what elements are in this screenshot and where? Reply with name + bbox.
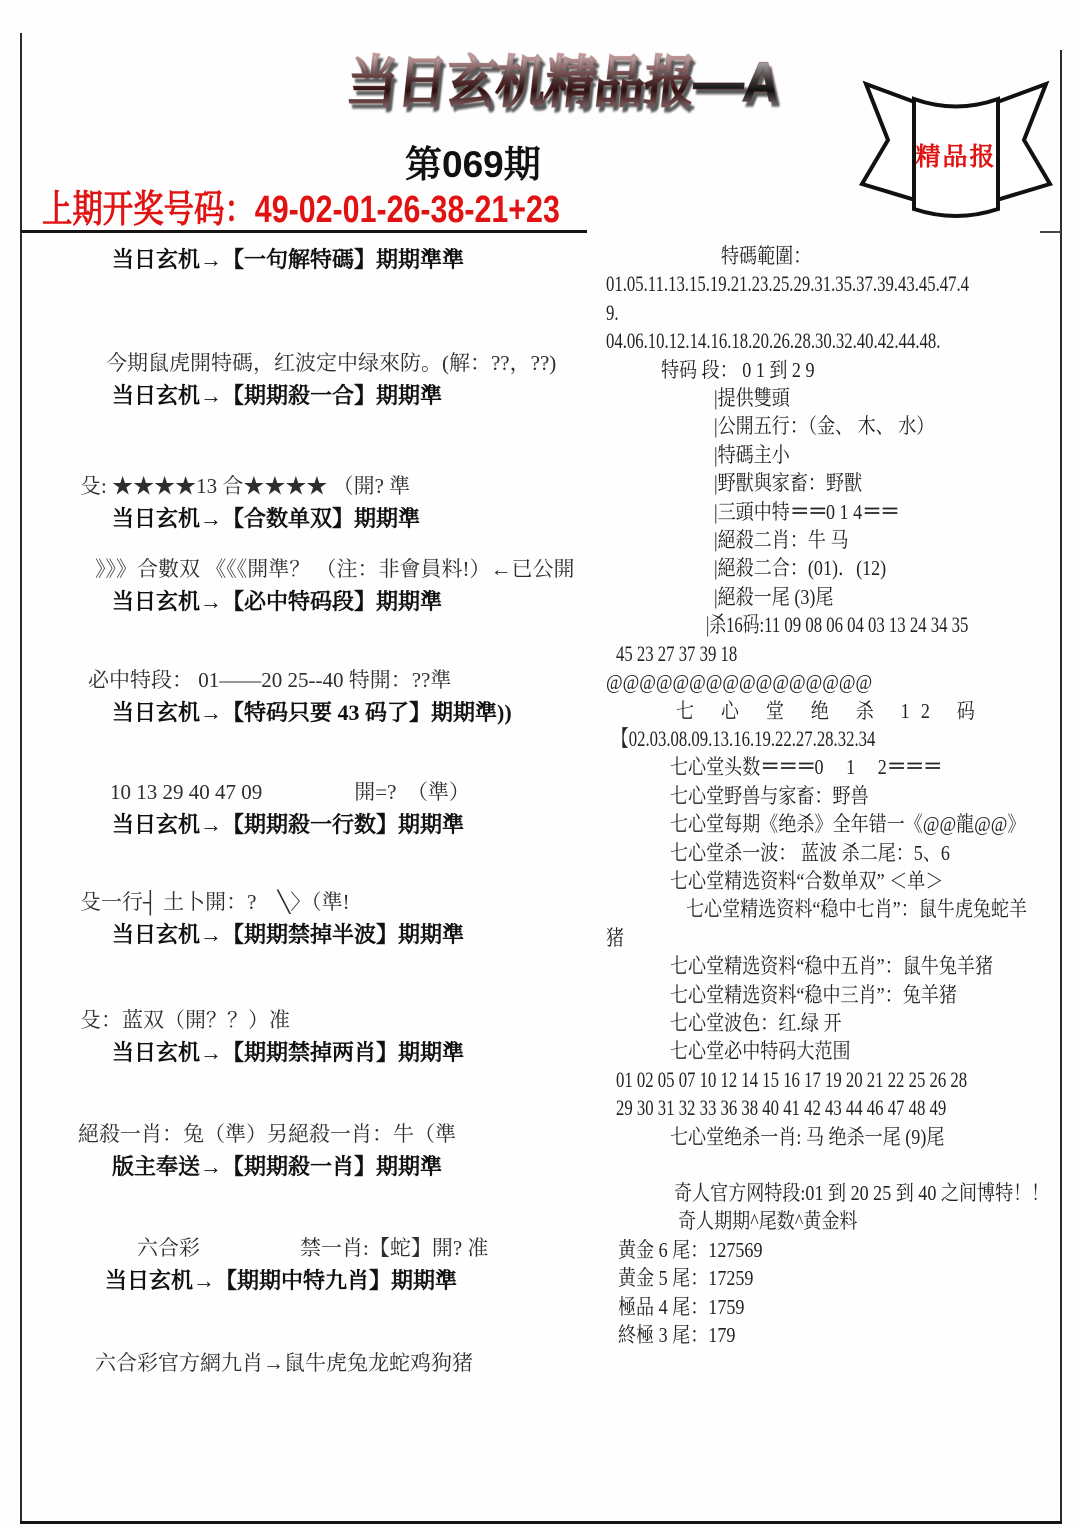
qixintang-seven-zodiac-line: 七心堂精选资料“稳中七肖”：鼠牛虎兔蛇羊 [686,895,997,923]
ribbon-stamp: 精品报 [856,62,1056,234]
kill-row-result: 開=? （準） [354,776,470,806]
left-tip-text-9: 絕殺一肖：兔（準）另絕殺一肖：牛（準 [78,1118,456,1148]
left-tip-bold-5: 当日玄机→【特码只要 43 码了】期期準)) [112,696,512,727]
qixintang-range-heading: 七心堂必中特码大范围 [670,1037,995,1065]
page-border-left [20,33,22,1524]
last-draw-numbers: 上期开奖号码：49-02-01-26-38-21+23 [42,178,560,233]
special-range-heading: 特碼範圍： [721,242,1002,270]
qixintang-kill-line: 七心堂绝杀一肖: 马 绝杀一尾 (9)尾 [670,1123,995,1151]
left-tip-text-5: 必中特段： 01——20 25--40 特開：??準 [88,664,451,694]
qixintang-sum-parity-line: 七心堂精选资料“合数单双” ＜单＞ [670,867,995,895]
left-tip-text-6: 10 13 29 40 47 09開=? （準） [110,776,470,806]
qixintang-range-line-1: 01 02 05 07 10 12 14 15 16 17 19 20 21 2… [616,1066,944,1094]
three-head-line: |三頭中特＝＝0 1 4＝＝ [714,498,1001,526]
at-signs-row: @@@@@@@@@@@@@@@@ [606,668,986,696]
left-tip-text-2: 今期鼠虎開特碼，红波定中绿來防。(解：??，??) [106,347,556,377]
left-tip-text-7: 殳一行┤ 土卜開：? ╲〉（準! [80,886,350,916]
page-border-bottom [20,1521,1062,1524]
left-tip-bold-7: 当日玄机→【期期禁掉半波】期期準 [112,918,464,949]
left-tip-text-11: 六合彩官方網九肖→鼠牛虎兔龙蛇鸡狗猪 [95,1347,473,1377]
lottery-tip-sheet-page: 当日玄机精品报—A 第069期 上期开奖号码：49-02-01-26-38-21… [0,0,1080,1527]
range-numbers-line-2: 9. [606,299,942,327]
qixintang-head-line: 七心堂头数＝＝＝0 1 2＝＝＝ [670,753,995,781]
left-tip-bold-6: 当日玄机→【期期殺一行数】期期準 [112,808,464,839]
left-tip-bold-2: 当日玄机→【期期殺一合】期期準 [112,379,442,410]
ban-zodiac-text: 禁一肖:【蛇】開? 准 [300,1232,488,1262]
special-segment-line: 特码 段： 0 1 到 2 9 [661,356,994,384]
left-tip-text-3: 殳: ★★★★13 合★★★★ （開? 準 [80,470,410,500]
gold-6-tail-line: 黄金 6 尾：127569 [618,1236,988,1264]
three-head-digits: 0 1 4 [826,500,862,524]
qixintang-wild-line: 七心堂野兽与家畜：野兽 [670,782,995,810]
kill-two-zodiac-line: |絕殺二肖：牛 马 [714,526,1001,554]
page-border-right [1060,50,1062,1524]
double-head-line: |提供雙頭 [714,384,1001,412]
right-column: 特碼範圍： 01.05.11.13.15.19.21.23.25.29.31.3… [606,242,1048,1349]
three-head-label: |三頭中特 [714,500,790,524]
left-tip-bold-10: 当日玄机→【期期中特九肖】期期準 [105,1264,457,1295]
kill-one-tail-line: |絕殺一尾 (3)尾 [714,583,1001,611]
left-tip-text-8: 殳：蓝双（開？？）准 [80,1004,290,1034]
ultimate-3-tail-line: 終極 3 尾：179 [618,1321,988,1349]
best-4-tail-line: 極品 4 尾：1759 [618,1293,988,1321]
qixintang-12-codes: 【02.03.08.09.13.16.19.22.27.28.32.34 [612,725,943,753]
heavy-equals: ＝＝ [862,499,898,524]
heavy-equals: ＝＝＝ [887,754,941,779]
range-numbers-line-1: 01.05.11.13.15.19.21.23.25.29.31.35.37.3… [606,270,942,298]
special-small-line: |特碼主小 [714,441,1001,469]
left-tip-bold-3: 当日玄机→【合数单双】期期準 [112,502,420,533]
qixintang-range-line-2: 29 30 31 32 33 36 38 40 41 42 43 44 46 4… [616,1094,944,1122]
gold-5-tail-line: 黄金 5 尾：17259 [618,1264,988,1292]
kill-16-codes-line-1: |杀16码:11 09 08 06 04 03 13 24 34 35 [706,611,966,639]
left-tip-bold-9: 版主奉送→【期期殺一肖】期期準 [112,1150,442,1181]
qixintang-five-zodiac-line: 七心堂精选资料“稳中五肖”：鼠牛兔羊猪 [670,952,995,980]
kill-16-codes-line-2: 45 23 27 37 39 18 [616,640,944,668]
qiren-gold-heading: 奇人期期^尾数^黄金料 [678,1207,996,1235]
qixintang-wave-line: 七心堂杀一波： 蓝波 杀二尾：5、6 [670,839,995,867]
qixintang-three-zodiac-line: 七心堂精选资料“稳中三肖”：兔羊猪 [670,981,995,1009]
qiren-segment-line: 奇人官方网特段:01 到 20 25 到 40 之间博特！！ [674,1179,996,1207]
seven-zodiac-wrap: 猪 [606,924,986,952]
left-tip-bold-4: 当日玄机→【必中特码段】期期準 [112,585,442,616]
left-tip-text-10: 六合彩禁一肖:【蛇】開? 准 [137,1232,488,1262]
qixintang-color-line: 七心堂波色：红.绿 开 [670,1009,995,1037]
wild-domestic-line: |野獸與家畜：野獸 [714,469,1001,497]
left-tip-bold-8: 当日玄机→【期期禁掉两肖】期期準 [112,1036,464,1067]
masthead-3d-title: 当日玄机精品报—A [344,38,784,118]
qixintang-yearly-line: 七心堂每期《绝杀》全年错一《@@龍@@》 [670,810,995,838]
range-numbers-line-3: 04.06.10.12.14.16.18.20.26.28.30.32.40.4… [606,327,942,355]
head-number-digits: 0 1 2 [814,755,886,779]
kill-two-sum-line: |絕殺二合：(01)．(12) [714,554,1001,582]
ribbon-label: 精品报 [915,142,996,171]
head-number-label: 七心堂头数 [670,755,760,779]
left-tip-bold-1: 当日玄机→【一句解特碼】期期準準 [112,243,464,274]
mark-six-label: 六合彩 [137,1236,200,1260]
heavy-equals: ＝＝ [790,499,826,524]
kill-row-numbers: 10 13 29 40 47 09 [110,780,262,804]
left-tip-text-4: 》》》合數双 《《《開準？ （注：非會員料!）←已公開 [95,553,575,583]
heavy-equals: ＝＝＝ [760,754,814,779]
blank-line [606,1151,1048,1179]
five-elements-line: |公開五行：（金、 木、 水） [714,412,1001,440]
qixintang-heading: 七 心 堂 绝 杀 12 码 [676,697,996,725]
